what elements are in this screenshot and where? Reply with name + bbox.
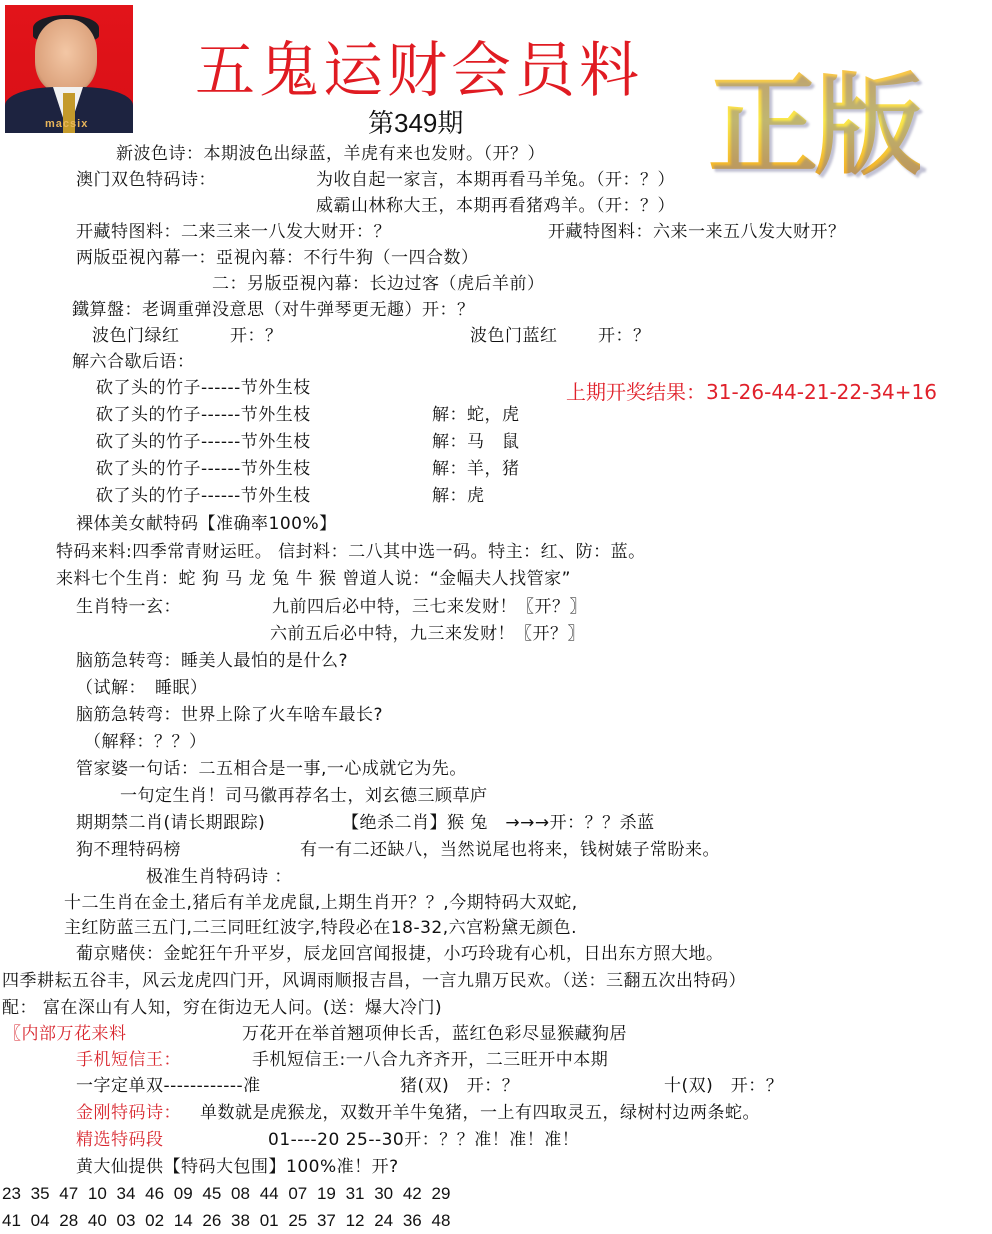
aomen-line-2: 威霸山林称大王，本期再看猪鸡羊。（开：？） xyxy=(316,196,675,216)
riddle-answer-1: （试解： 睡眠） xyxy=(76,678,208,698)
riddle-answer: 解：蛇，虎 xyxy=(432,405,520,425)
bose-right: 波色门蓝红 xyxy=(470,326,558,346)
riddle-text: 砍了头的竹子------节外生枝 xyxy=(96,378,311,398)
texuan-line-2: 六前五后必中特，九三来发财！〖开？〗 xyxy=(270,624,585,644)
pujing-line: 葡京赌侠：金蛇狂午升平岁，辰龙回宫闻报捷，小巧玲珑有心机，日出东方照大地。 xyxy=(76,944,724,964)
riddle-question-2: 脑筋急转弯：世界上除了火车啥车最长? xyxy=(76,705,383,725)
qiqijin-label: 期期禁二肖(请长期跟踪) xyxy=(76,813,265,833)
shouji-label: 手机短信王： xyxy=(76,1050,181,1070)
texuan-label: 生肖特一玄： xyxy=(76,597,181,617)
riddle-text: 砍了头的竹子------节外生枝 xyxy=(96,486,311,506)
authentic-stamp: 正版 xyxy=(708,66,920,186)
neibu-label: 〖内部万花来料 xyxy=(4,1024,127,1044)
bose-right-open: 开：？ xyxy=(598,326,651,346)
photo-logo: macsix xyxy=(45,118,88,130)
juesha-line: 【绝杀二肖】猴 兔 →→→开：？？杀蓝 xyxy=(342,813,655,833)
yijuding-line: 一句定生肖！司马徽再荐名士，刘玄德三顾草庐 xyxy=(120,786,488,806)
texuan-line-1: 九前四后必中特，三七来发财！〖开？〗 xyxy=(272,597,587,617)
numbers-row-2: 41 04 28 40 03 02 14 26 38 01 25 37 12 2… xyxy=(2,1211,450,1231)
seven-zodiacs: 来料七个生肖：蛇 狗 马 龙 兔 牛 猴 曾道人说：“金幅夫人找管家” xyxy=(56,569,571,589)
kaizang-left: 开藏特图料：二来三来一八发大财开：？ xyxy=(76,222,391,242)
siji-line: 四季耕耘五谷丰，风云龙虎四门开，风调雨顺报吉昌，一言九鼎万民欢。（送：三翻五次出… xyxy=(2,971,746,991)
portrait-face xyxy=(35,19,97,93)
kaizang-right: 开藏特图料：六来一来五八发大财开？ xyxy=(548,222,846,242)
yashi-line-1: 两版亞視內幕一：亞視內幕：不行牛狗（一四合数） xyxy=(76,248,479,268)
neibu-text: 万花开在举首翘项伸长舌，蓝红色彩尽显猴藏狗居 xyxy=(242,1024,627,1044)
jingxuan-label: 精选特码段 xyxy=(76,1130,164,1150)
riddle-answer-2: （解释：？？） xyxy=(84,732,207,752)
jingang-text: 单数就是虎猴龙，双数开羊牛兔猪，一上有四取灵五，绿树村边两条蛇。 xyxy=(200,1103,760,1123)
tema-lailiao: 特码来料:四季常青财运旺。 信封料：二八其中选一码。特主：红、防：蓝。 xyxy=(56,542,646,562)
jizhun-label: 极准生肖特码诗 ： xyxy=(146,867,292,887)
riddle-answer: 解：马 鼠 xyxy=(432,432,520,452)
bose-left: 波色门绿红 xyxy=(92,326,180,346)
last-draw-result: 上期开奖结果：31-26-44-21-22-34+16 xyxy=(566,376,937,405)
goubuli-text: 有一有二还缺八，当然说尾也将来，钱树婊子常盼来。 xyxy=(300,840,720,860)
yizi-line: 一字定单双------------准 xyxy=(76,1076,261,1096)
guanjiapo-line: 管家婆一句话：二五相合是一事,一心成就它为先。 xyxy=(76,759,467,779)
riddle-answer: 解：虎 xyxy=(432,486,485,506)
riddle-question-1: 脑筋急转弯：睡美人最怕的是什么? xyxy=(76,651,348,671)
xinbose-poem: 新波色诗：本期波色出绿蓝，羊虎有来也发财。（开？） xyxy=(116,144,545,164)
bose-left-open: 开：？ xyxy=(230,326,283,346)
jingang-label: 金刚特码诗： xyxy=(76,1103,181,1123)
xiehouyu-label: 解六合歇后语： xyxy=(72,352,195,372)
tiesuanpan: 鐵算盤：老调重弹没意思（对牛弹琴更无趣）开：？ xyxy=(72,300,475,320)
huangdaxian-line: 黄大仙提供【特码大包围】100%准！开? xyxy=(76,1157,399,1177)
yizi-option-b: 十(双) 开：？ xyxy=(664,1076,783,1096)
issue-number: 第349期 xyxy=(368,108,463,138)
pei-line: 配： 富在深山有人知，穷在街边无人问。(送：爆大冷门) xyxy=(2,998,442,1018)
aomen-label: 澳门双色特码诗： xyxy=(76,170,216,190)
riddle-text: 砍了头的竹子------节外生枝 xyxy=(96,432,311,452)
jizhun-line-2: 主红防蓝三五门,二三同旺红波字,特段必在18-32,六宫粉黛无颜色. xyxy=(64,918,577,938)
yizi-option-a: 猪(双) 开：？ xyxy=(400,1076,519,1096)
luoti-line: 裸体美女献特码【准确率100%】 xyxy=(76,514,337,534)
riddle-text: 砍了头的竹子------节外生枝 xyxy=(96,459,311,479)
portrait-photo: macsix xyxy=(5,5,133,133)
yashi-line-2: 二：另版亞視內幕：长边过客（虎后羊前） xyxy=(212,274,545,294)
jingxuan-text: 01----20 25--30开：？？准！准！准！ xyxy=(268,1130,579,1150)
aomen-line-1: 为收自起一家言，本期再看马羊兔。（开：？） xyxy=(316,170,675,190)
riddle-answer: 解：羊，猪 xyxy=(432,459,520,479)
goubuli-label: 狗不理特码榜 xyxy=(76,840,181,860)
shouji-text: 手机短信王:一八合九齐齐开，二三旺开中本期 xyxy=(252,1050,608,1070)
jizhun-line-1: 十二生肖在金土,猪后有羊龙虎鼠,上期生肖开？？,今期特码大双蛇, xyxy=(64,893,578,913)
riddle-text: 砍了头的竹子------节外生枝 xyxy=(96,405,311,425)
numbers-row-1: 23 35 47 10 34 46 09 45 08 44 07 19 31 3… xyxy=(2,1184,450,1204)
page-title: 五鬼运财会员料 xyxy=(195,36,643,106)
